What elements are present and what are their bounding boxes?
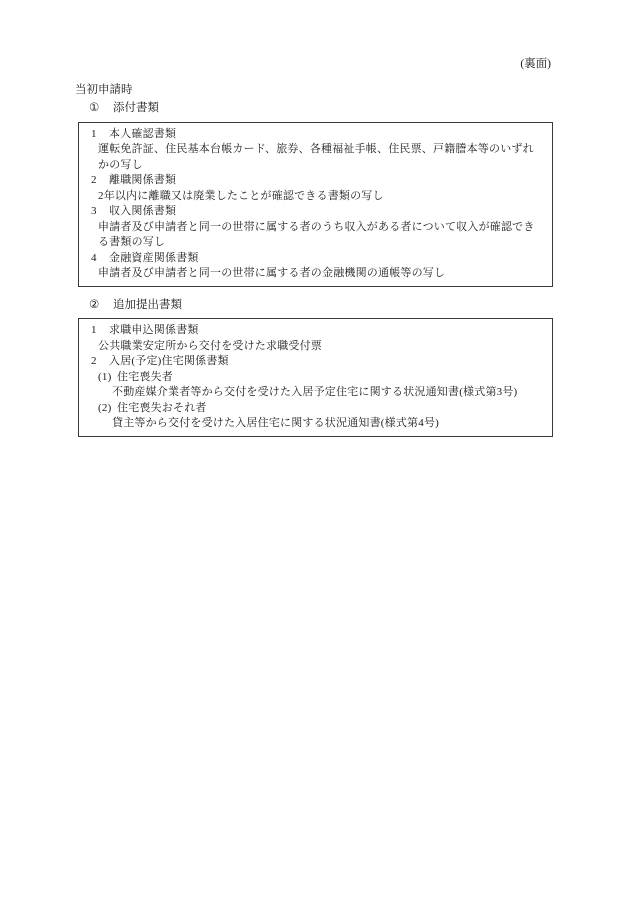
- item-title-line: 2入居(予定)住宅関係書類: [79, 354, 544, 370]
- item-title: 求職申込関係書類: [109, 324, 199, 336]
- item-title-line: 1求職申込関係書類: [79, 323, 544, 339]
- list-item: 3収入関係書類 申請者及び申請者と同一の世帯に属する者のうち収入がある者について…: [79, 204, 544, 251]
- list-item: 4金融資産関係書類 申請者及び申請者と同一の世帯に属する者の金融機関の通帳等の写…: [79, 251, 544, 282]
- item-description: 2年以内に離職又は廃業したことが確認できる書類の写し: [79, 189, 544, 205]
- list-item: 1本人確認書類 運転免許証、住民基本台帳カード、旅券、各種福祉手帳、住民票、戸籍…: [79, 127, 544, 174]
- subitem-description: 貸主等から交付を受けた入居住宅に関する状況通知書(様式第4号): [79, 416, 544, 432]
- item-title-line: 2離職関係書類: [79, 173, 544, 189]
- attached-documents-box: 1本人確認書類 運転免許証、住民基本台帳カード、旅券、各種福祉手帳、住民票、戸籍…: [78, 122, 553, 287]
- item-title: 本人確認書類: [109, 128, 176, 140]
- item-description: 運転免許証、住民基本台帳カード、旅券、各種福祉手帳、住民票、戸籍謄本等のいずれか…: [79, 142, 544, 173]
- section-heading-attached-documents: ①添付書類: [89, 101, 630, 117]
- item-title: 金融資産関係書類: [109, 252, 199, 264]
- additional-documents-box: 1求職申込関係書類 公共職業安定所から交付を受けた求職受付票 2入居(予定)住宅…: [78, 318, 553, 437]
- item-description: 申請者及び申請者と同一の世帯に属する者の金融機関の通帳等の写し: [79, 266, 544, 282]
- item-number: 3: [91, 204, 109, 220]
- item-number: 4: [91, 251, 109, 267]
- page-title: 当初申請時: [75, 83, 630, 99]
- corner-note: (裏面): [0, 57, 630, 73]
- list-item: 1求職申込関係書類 公共職業安定所から交付を受けた求職受付票: [79, 323, 544, 354]
- item-description: 申請者及び申請者と同一の世帯に属する者のうち収入がある者について収入が確認できる…: [79, 220, 544, 251]
- item-title: 離職関係書類: [109, 174, 176, 186]
- subitem-title: 住宅喪失者: [117, 371, 173, 383]
- item-number: 2: [91, 354, 109, 370]
- circled-number-2: ②: [89, 298, 113, 314]
- section-label: 追加提出書類: [113, 299, 182, 311]
- item-number: 1: [91, 127, 109, 143]
- subitem-number: (1): [98, 370, 117, 386]
- subitem-title-line: (1)住宅喪失者: [79, 370, 544, 386]
- item-title-line: 1本人確認書類: [79, 127, 544, 143]
- list-item: 2離職関係書類 2年以内に離職又は廃業したことが確認できる書類の写し: [79, 173, 544, 204]
- item-number: 2: [91, 173, 109, 189]
- section-label: 添付書類: [113, 102, 159, 114]
- sub-list-item: (2)住宅喪失おそれ者 貸主等から交付を受けた入居住宅に関する状況通知書(様式第…: [79, 401, 544, 432]
- sub-list-item: (1)住宅喪失者 不動産媒介業者等から交付を受けた入居予定住宅に関する状況通知書…: [79, 370, 544, 401]
- subitem-title: 住宅喪失おそれ者: [117, 402, 207, 414]
- item-title-line: 3収入関係書類: [79, 204, 544, 220]
- subitem-number: (2): [98, 401, 117, 417]
- item-title-line: 4金融資産関係書類: [79, 251, 544, 267]
- list-item: 2入居(予定)住宅関係書類 (1)住宅喪失者 不動産媒介業者等から交付を受けた入…: [79, 354, 544, 432]
- subitem-description: 不動産媒介業者等から交付を受けた入居予定住宅に関する状況通知書(様式第3号): [79, 385, 544, 401]
- document-page: (裏面) 当初申請時 ①添付書類 1本人確認書類 運転免許証、住民基本台帳カード…: [0, 0, 630, 903]
- section-heading-additional-documents: ②追加提出書類: [89, 298, 630, 314]
- item-description: 公共職業安定所から交付を受けた求職受付票: [79, 339, 544, 355]
- item-title: 入居(予定)住宅関係書類: [109, 355, 229, 367]
- item-number: 1: [91, 323, 109, 339]
- item-title: 収入関係書類: [109, 205, 176, 217]
- subitem-title-line: (2)住宅喪失おそれ者: [79, 401, 544, 417]
- circled-number-1: ①: [89, 101, 113, 117]
